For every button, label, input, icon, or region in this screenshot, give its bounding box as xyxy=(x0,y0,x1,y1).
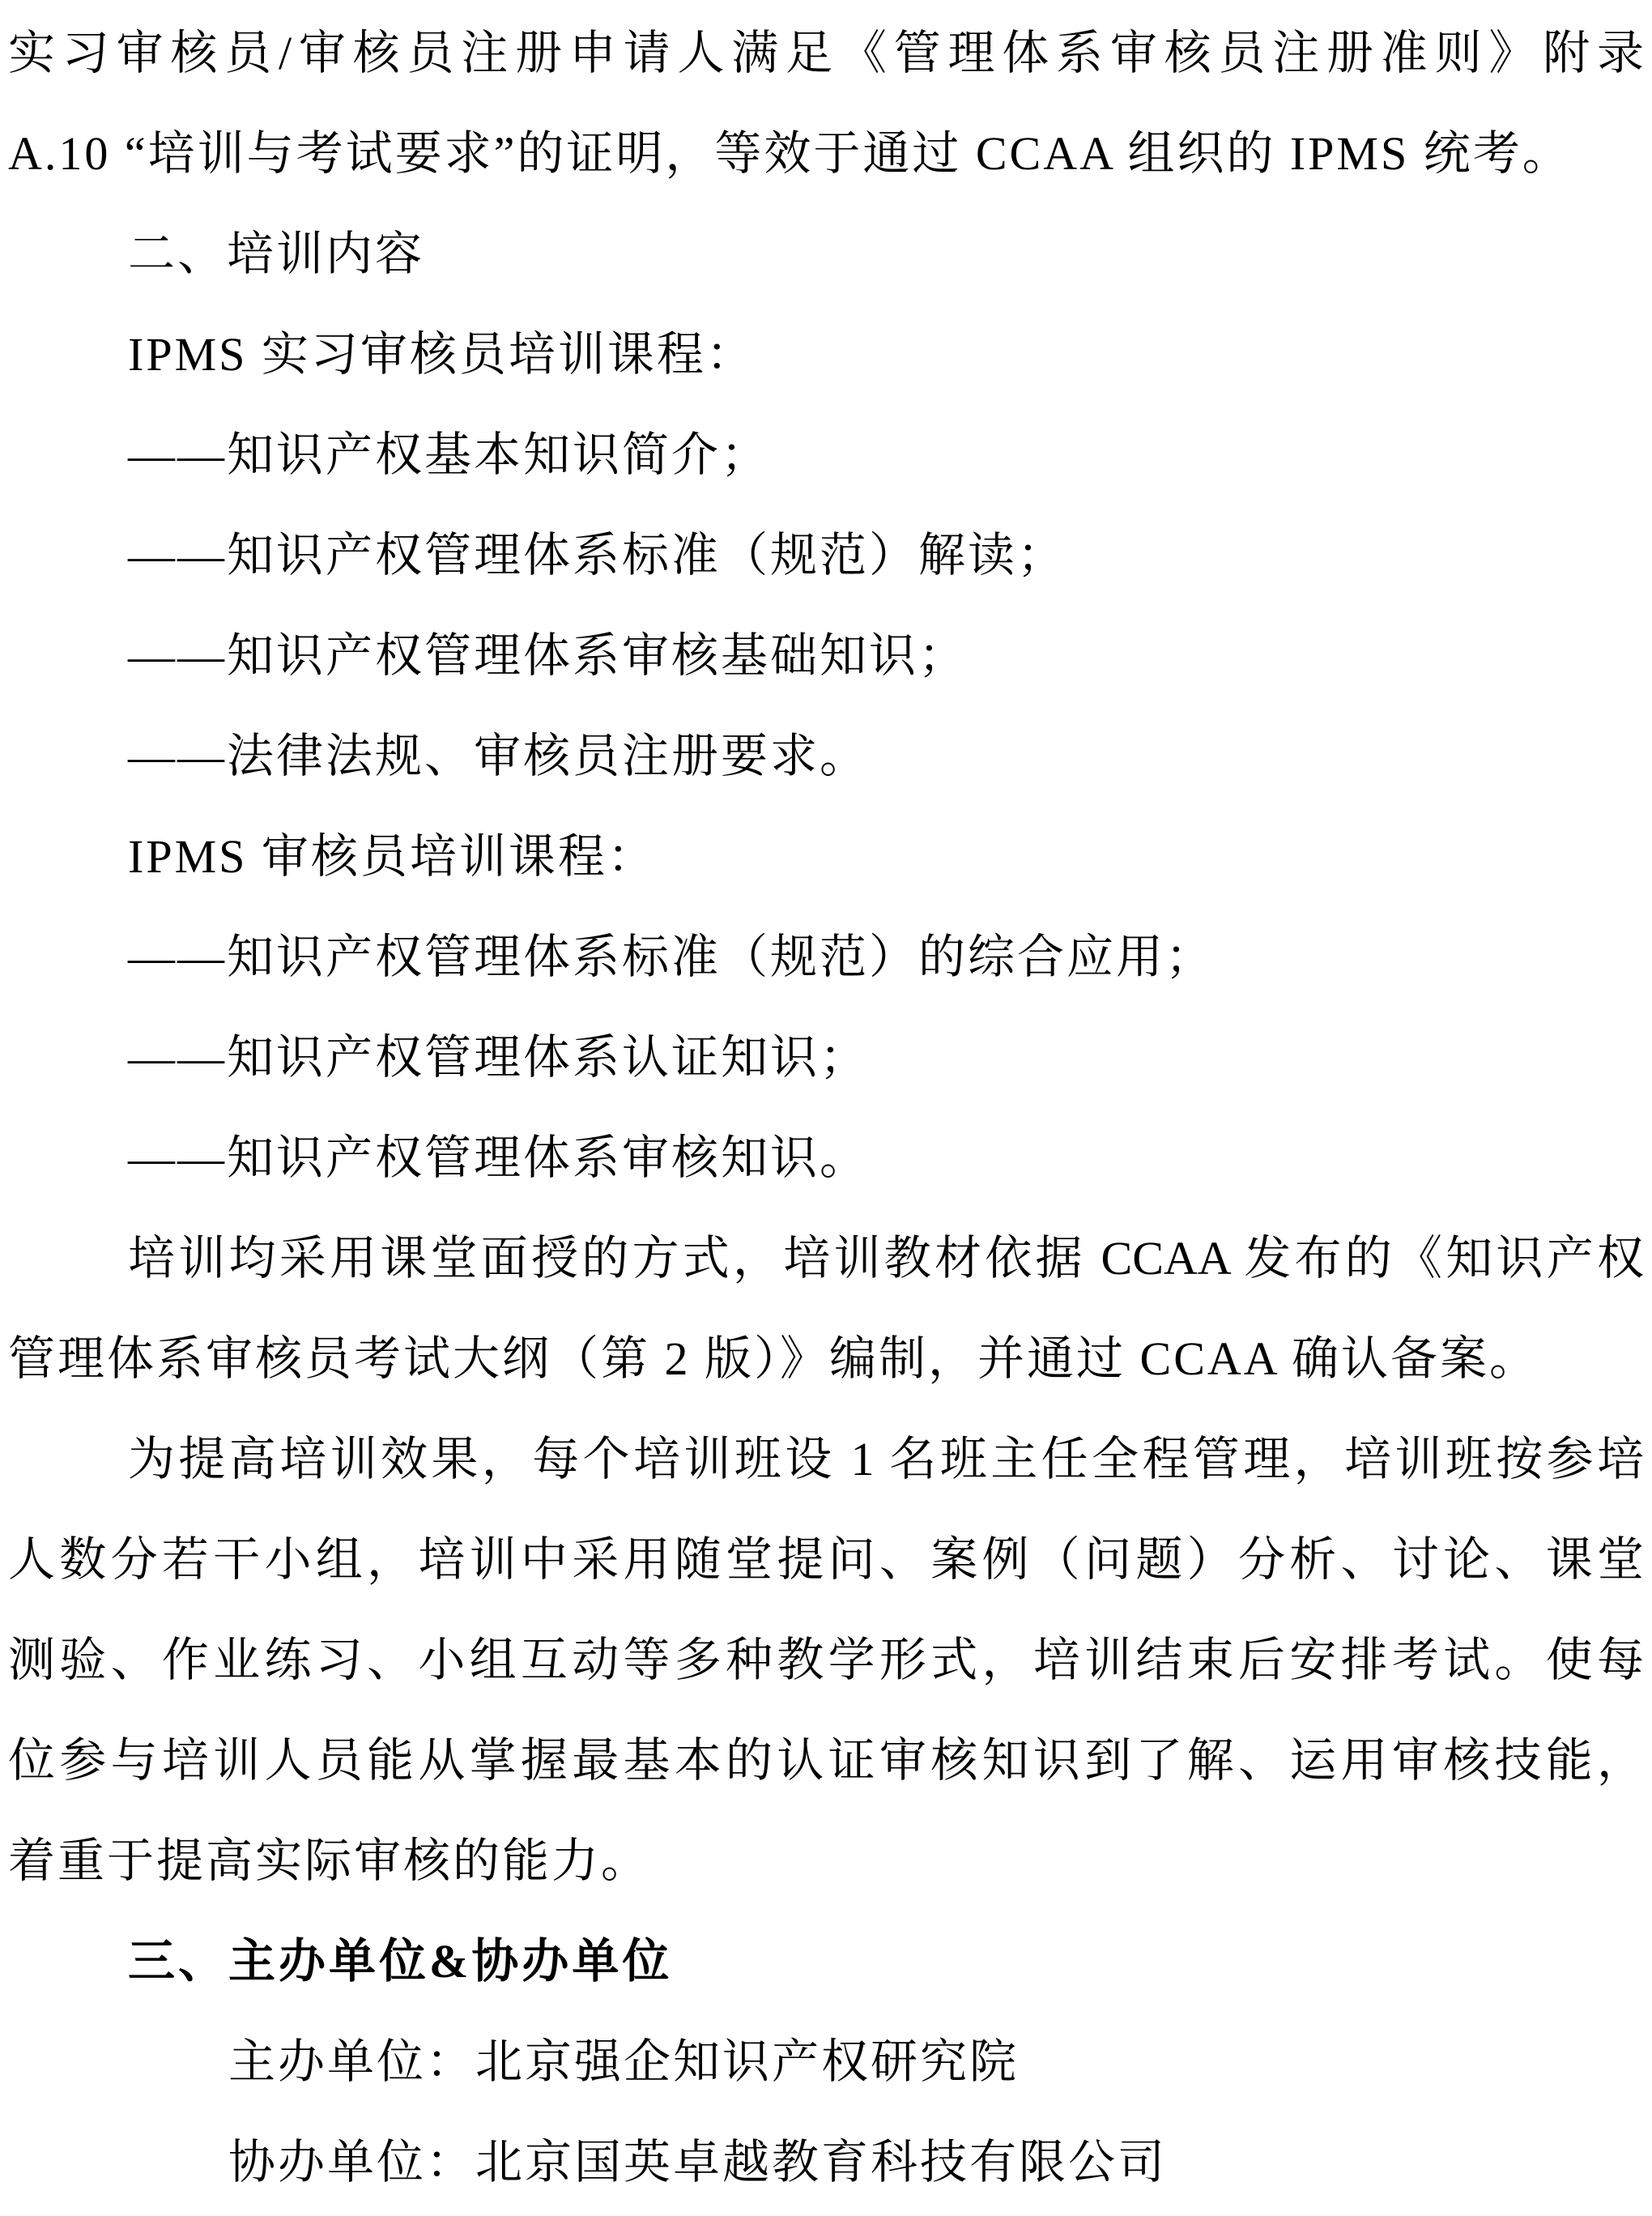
paragraph-end-line: A.10 “培训与考试要求”的证明，等效于通过 CCAA 组织的 IPMS 统考… xyxy=(8,104,1644,204)
document-page: 实习审核员/审核员注册申请人满足《管理体系审核员注册准则》附录 A.10 “培训… xyxy=(0,0,1652,2216)
course-item: ——知识产权基本知识简介； xyxy=(8,405,1644,505)
section-heading-3: 三、主办单位&协办单位 xyxy=(8,1911,1644,2012)
paragraph-line: 培训均采用课堂面授的方式，培训教材依据 CCAA 发布的《知识产权 xyxy=(8,1208,1644,1309)
host-organization-line: 主办单位：北京强企知识产权研究院 xyxy=(8,2012,1644,2112)
co-organizer-line: 协办单位：北京国英卓越教育科技有限公司 xyxy=(8,2112,1644,2213)
paragraph-line: 位参与培训人员能从掌握最基本的认证审核知识到了解、运用审核技能， xyxy=(8,1711,1644,1811)
paragraph-continuation-line: 实习审核员/审核员注册申请人满足《管理体系审核员注册准则》附录 xyxy=(8,3,1644,104)
course-list-title-trainee: IPMS 实习审核员培训课程： xyxy=(8,305,1644,405)
course-item: ——知识产权管理体系审核基础知识； xyxy=(8,606,1644,706)
course-item: ——知识产权管理体系标准（规范）的综合应用； xyxy=(8,907,1644,1008)
paragraph-line: 人数分若干小组，培训中采用随堂提问、案例（问题）分析、讨论、课堂 xyxy=(8,1510,1644,1610)
paragraph-line: 测验、作业练习、小组互动等多种教学形式，培训结束后安排考试。使每 xyxy=(8,1610,1644,1711)
section-heading-2: 二、培训内容 xyxy=(8,204,1644,305)
paragraph-end-line: 着重于提高实际审核的能力。 xyxy=(8,1811,1644,1911)
course-item: ——知识产权管理体系标准（规范）解读； xyxy=(8,505,1644,606)
course-item: ——知识产权管理体系审核知识。 xyxy=(8,1108,1644,1208)
course-item: ——法律法规、审核员注册要求。 xyxy=(8,706,1644,807)
course-list-title-auditor: IPMS 审核员培训课程： xyxy=(8,807,1644,907)
document-text-block: 实习审核员/审核员注册申请人满足《管理体系审核员注册准则》附录 A.10 “培训… xyxy=(8,3,1644,2213)
course-item: ——知识产权管理体系认证知识； xyxy=(8,1008,1644,1108)
paragraph-line: 为提高培训效果，每个培训班设 1 名班主任全程管理，培训班按参培 xyxy=(8,1409,1644,1510)
paragraph-end-line: 管理体系审核员考试大纲（第 2 版）》编制，并通过 CCAA 确认备案。 xyxy=(8,1309,1644,1409)
